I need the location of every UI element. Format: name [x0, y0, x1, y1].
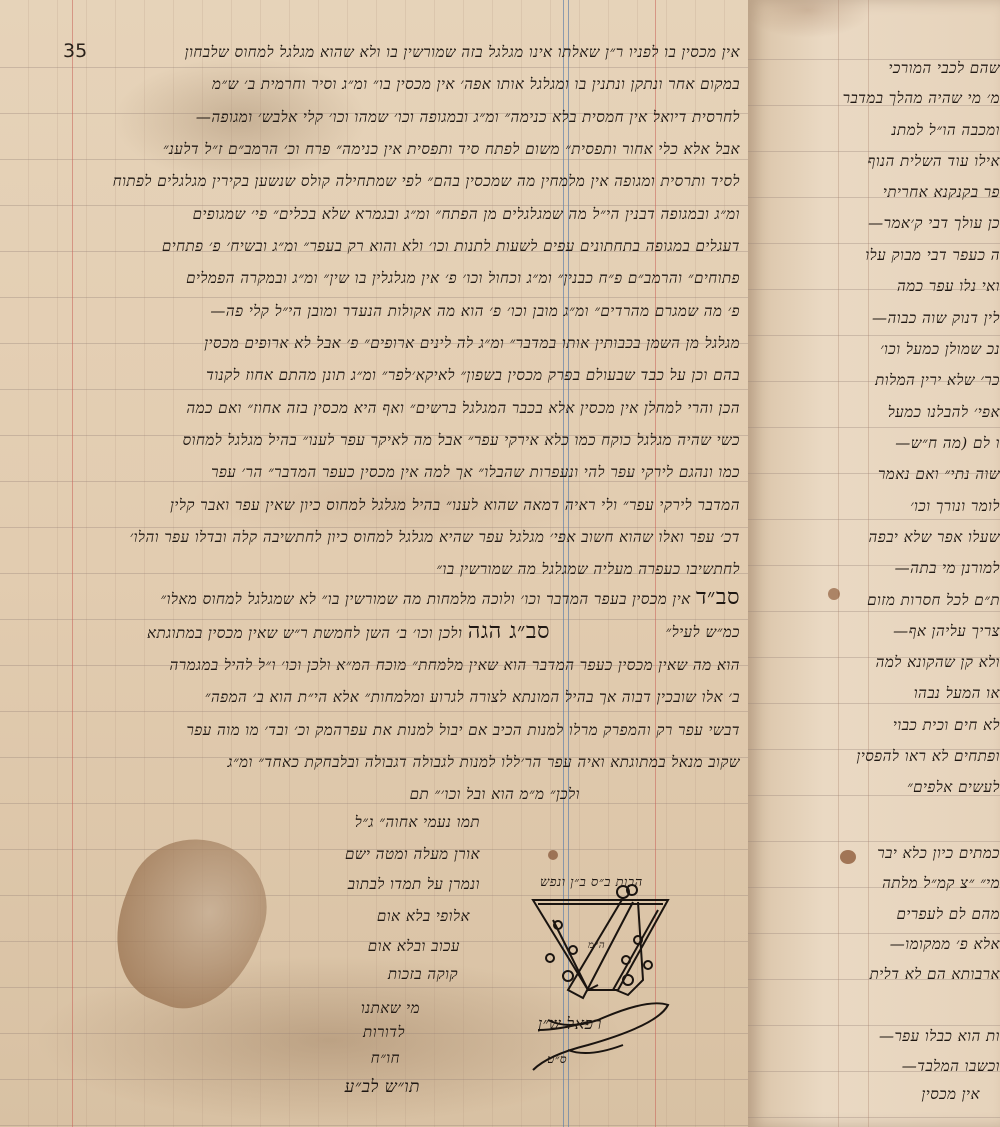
text-line: ות הוא כבלו עפר—	[879, 1026, 1000, 1046]
text-line: שוה נתי״ ואם נאמר	[878, 464, 1000, 484]
text-line: לומר ונורך וכו׳	[910, 496, 1000, 516]
page-number: 35	[63, 40, 87, 62]
text-line: כן עולך דבי ק׳אמר—	[868, 213, 1000, 233]
text-line: כמו ונהגם לירקי עפר להי ונעפרות שהבלו״ א…	[211, 462, 740, 482]
text-line: אין מכסין בו לפניו ר״ן שאלתו אינו מגלגל …	[185, 42, 740, 62]
poem-line: ונמרן על תמדו לבתוב	[348, 874, 480, 894]
text-line: דכ׳ עפר ואלו שהוא חשוב אפי׳ מגלגל עפר שה…	[130, 527, 740, 547]
right-text-block: שהם לכבי המורכי מ׳ מי שהיה מהלך במדבר ומ…	[848, 58, 1000, 1118]
text-line: ב׳ אלו שובכין דבוה אך בהיל המונתא לצורה …	[205, 687, 740, 707]
right-manuscript-page: שהם לכבי המורכי מ׳ מי שהיה מהלך במדבר ומ…	[748, 0, 1000, 1127]
signature-inner-label: ה״מ	[588, 940, 605, 951]
text-line: מי״ ״צ קמ״ל מלתה	[882, 873, 1000, 893]
text-line: ולכן וכו׳ ב׳ השן לחמשת ר״ש שאין מכסין במ…	[147, 624, 462, 642]
closing-poem: תמו נעמי אחוה״ ג״ל אורן מעלה ומטה ישם ונ…	[300, 812, 480, 1102]
signature-flourish: ס״ט	[547, 1052, 567, 1067]
text-line: אין מכסין בעפר המדבר וכו׳ ולוכה מלמחות מ…	[160, 590, 690, 608]
text-line: ולא קן שהקונא למה	[876, 652, 1000, 672]
text-line: אבל אלא כלי אחור ותפסית״ משום לפתח סיד ו…	[163, 139, 740, 159]
text-line: ת״ם לכל חסרות מזום	[867, 590, 1000, 610]
text-line: ואי נלו עפר כמה	[897, 276, 1000, 296]
text-line: אפי׳ להבלנו כמעל	[888, 402, 1000, 422]
left-red-margin-line	[72, 0, 73, 1127]
text-line: מהם לם לעפרים	[897, 904, 1000, 924]
text-line: דבשי עפר רק והמפרק מרלו למנות הכיב אם יב…	[187, 720, 740, 740]
text-line: וכשבו המלבד—	[902, 1056, 1000, 1076]
text-line: שקוב מנאל במתוגתא ואיה עפר הר׳ללו למנות …	[228, 752, 741, 772]
poem-line: עכוב ובלא אום	[368, 936, 460, 956]
text-line: בהם וכן על כבד שבעולם בפרק מכסין בשפון״ …	[206, 365, 740, 385]
poem-line: מי שאתנו	[361, 998, 420, 1018]
text-line: דעגלים במגופה בתחתונים עפים לשעות לתנות …	[162, 236, 740, 256]
ink-stain	[828, 588, 840, 600]
main-text-block: אין מכסין בו לפניו ר״ן שאלתו אינו מגלגל …	[100, 42, 740, 582]
text-line: ופתחים לא ראו להפסין	[857, 746, 1000, 766]
text-line: במקום אחר ונתקן ונתנין בו ומגלגל אותו אפ…	[212, 74, 740, 94]
text-line: כמתים כיון כלא יבר	[877, 843, 1000, 863]
poem-line: אלופי בלא אום	[377, 906, 470, 926]
text-line: הוא מה שאין מכסין כעפר המדבר הוא שאין מל…	[169, 655, 740, 675]
text-line: למורנן מי בתה—	[895, 558, 1000, 578]
text-line: שהם לכבי המורכי	[889, 58, 1000, 78]
text-line: המדבר לירקי עפר״ ולי ראיה דמאה שהוא לענו…	[170, 495, 740, 515]
text-line: פ׳ מה שמגרם מהרדים״ ומ״ג מובן וכו׳ פ׳ הו…	[210, 301, 740, 321]
text-line: ומ״ג ובמגופה דבנין הי״ל מה שמגלגלים מן ה…	[193, 204, 740, 224]
signature-emblem-icon	[528, 880, 678, 1080]
text-line: לין דנוק שוה כבוה—	[872, 308, 1000, 328]
poem-line: קוקה בזכות	[388, 964, 458, 984]
text-line: אלא פ׳ ממקומו—	[890, 934, 1000, 954]
text-line: אילו עוד השלית הנוף	[868, 151, 1000, 171]
text-line: פר בקנקנא אחריתי	[883, 182, 1000, 202]
poem-line: אורן מעלה ומטה ישם	[345, 844, 480, 864]
text-line: לעשים אלפים״	[907, 777, 1000, 797]
text-line: שעלו אפר שלא יבפה	[869, 527, 1000, 547]
text-line: הכן והרי למחלן אין מכסין אלא בכבר המגלגל…	[186, 398, 740, 418]
text-line: כר׳ שלא ירין המלות	[875, 370, 1000, 390]
poem-line: לדורות	[363, 1022, 405, 1042]
text-line: כמ״ש לעיל״	[666, 622, 740, 642]
text-line: נכ שמולן כמעל וכו׳	[880, 339, 1000, 359]
signature-name: רפאל ש״ן	[538, 1014, 602, 1034]
section-marker: סב״ד	[696, 585, 740, 610]
text-line: מ׳ מי שהיה מהלך במדבר	[843, 88, 1000, 108]
poem-line: חו״ח	[371, 1048, 400, 1068]
text-line: לסיד ותרסית ומגופה אין מלמחין מה שמכסין …	[113, 171, 740, 191]
section-marker: סב״ג הגה	[468, 619, 550, 644]
text-line: כשי שהיה מגלגל כוקח כמו כלא אירקי עפר״ א…	[183, 430, 740, 450]
poem-line: תו״ש לב״ע	[345, 1077, 420, 1097]
text-line: פתוחים״ והרמב״ם פ״ח כבנין״ ומ״ג וכחול וכ…	[186, 268, 740, 288]
text-line: אין מכסין	[921, 1084, 980, 1104]
text-line: לחרסית דיואל אין חמסית בלא כנימה״ ומ״ג ו…	[196, 107, 740, 127]
section-sbg-body: הוא מה שאין מכסין כעפר המדבר הוא שאין מל…	[100, 655, 740, 795]
text-line: ולכן״ מ״מ הוא ובל וכו׳״ תם	[410, 784, 580, 804]
text-line: ארבותא הם לא דלית	[870, 964, 1000, 984]
text-line: צריך עליהן אף—	[893, 621, 1000, 641]
text-line: לחתשיבו כעפרה מעליה שמגלגל מה שמורשין בו…	[436, 559, 740, 579]
margin-line	[838, 0, 839, 1127]
text-line: ו לם (מה ח״ש—	[895, 433, 1000, 453]
poem-line: תמו נעמי אחוה״ ג״ל	[355, 812, 480, 832]
text-line: ה כעפר דבי מבוק עלו	[865, 245, 1000, 265]
text-line: ומכבה הו״ל למתנ	[892, 120, 1000, 140]
left-manuscript-page: 35 אין מכסין בו לפניו ר״ן שאלתו אינו מגל…	[0, 0, 748, 1127]
text-line: או המעל נבהו	[914, 683, 1000, 703]
ink-stain	[548, 850, 558, 860]
text-line: מגלגל מן השמן בכבותין אותו במדבר״ ומ״ג ל…	[204, 333, 740, 353]
text-line: לא חים וכית כבוי	[893, 715, 1000, 735]
